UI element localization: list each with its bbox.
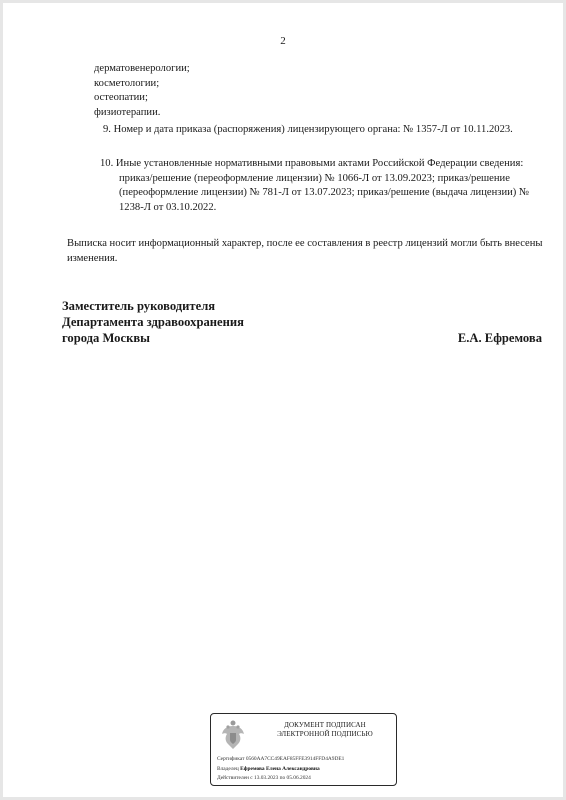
list-item: физиотерапии. — [94, 106, 190, 121]
certificate-label: Сертификат — [217, 756, 244, 762]
owner-value: Ефремова Елена Александровна — [240, 766, 320, 772]
owner-line: Владелец Ефремова Елена Александровна — [217, 765, 397, 775]
coat-of-arms-icon — [221, 719, 245, 751]
numbered-item-9: 9. Номер и дата приказа (распоряжения) л… — [103, 123, 523, 138]
certificate-value: 0560AA7CC49EAF85FFE3914FFD4A9DE1 — [246, 756, 345, 762]
list-item: косметологии; — [94, 77, 190, 92]
list-item: остеопатии; — [94, 91, 190, 106]
validity-line: Действителен с 13.03.2023 по 05.06.2024 — [217, 774, 397, 784]
signer-position-line: Департамента здравоохранения — [62, 314, 542, 330]
item-text: Номер и дата приказа (распоряжения) лице… — [114, 124, 513, 135]
item-number: 10. — [100, 158, 113, 169]
owner-label: Владелец — [217, 766, 239, 772]
signer-name: Е.А. Ефремова — [458, 330, 542, 346]
stamp-title-line: ЭЛЕКТРОННОЙ ПОДПИСЬЮ — [255, 730, 395, 739]
stamp-details: Сертификат 0560AA7CC49EAF85FFE3914FFD4A9… — [217, 755, 397, 784]
list-item: дерматовенерологии; — [94, 62, 190, 77]
item-number: 9. — [103, 124, 111, 135]
signer-position-line: Заместитель руководителя — [62, 298, 542, 314]
electronic-signature-stamp: ДОКУМЕНТ ПОДПИСАН ЭЛЕКТРОННОЙ ПОДПИСЬЮ С… — [210, 713, 397, 786]
numbered-item-10: 10. Иные установленные нормативными прав… — [100, 157, 530, 215]
stamp-title-line: ДОКУМЕНТ ПОДПИСАН — [255, 721, 395, 730]
page-number: 2 — [0, 35, 566, 47]
specialty-list: дерматовенерологии; косметологии; остеоп… — [94, 62, 190, 120]
certificate-line: Сертификат 0560AA7CC49EAF85FFE3914FFD4A9… — [217, 755, 397, 765]
stamp-title: ДОКУМЕНТ ПОДПИСАН ЭЛЕКТРОННОЙ ПОДПИСЬЮ — [255, 721, 395, 739]
disclaimer-note: Выписка носит информационный характер, п… — [67, 237, 547, 266]
item-text: Иные установленные нормативными правовым… — [116, 158, 529, 213]
signature-block: Заместитель руководителя Департамента зд… — [62, 298, 542, 346]
